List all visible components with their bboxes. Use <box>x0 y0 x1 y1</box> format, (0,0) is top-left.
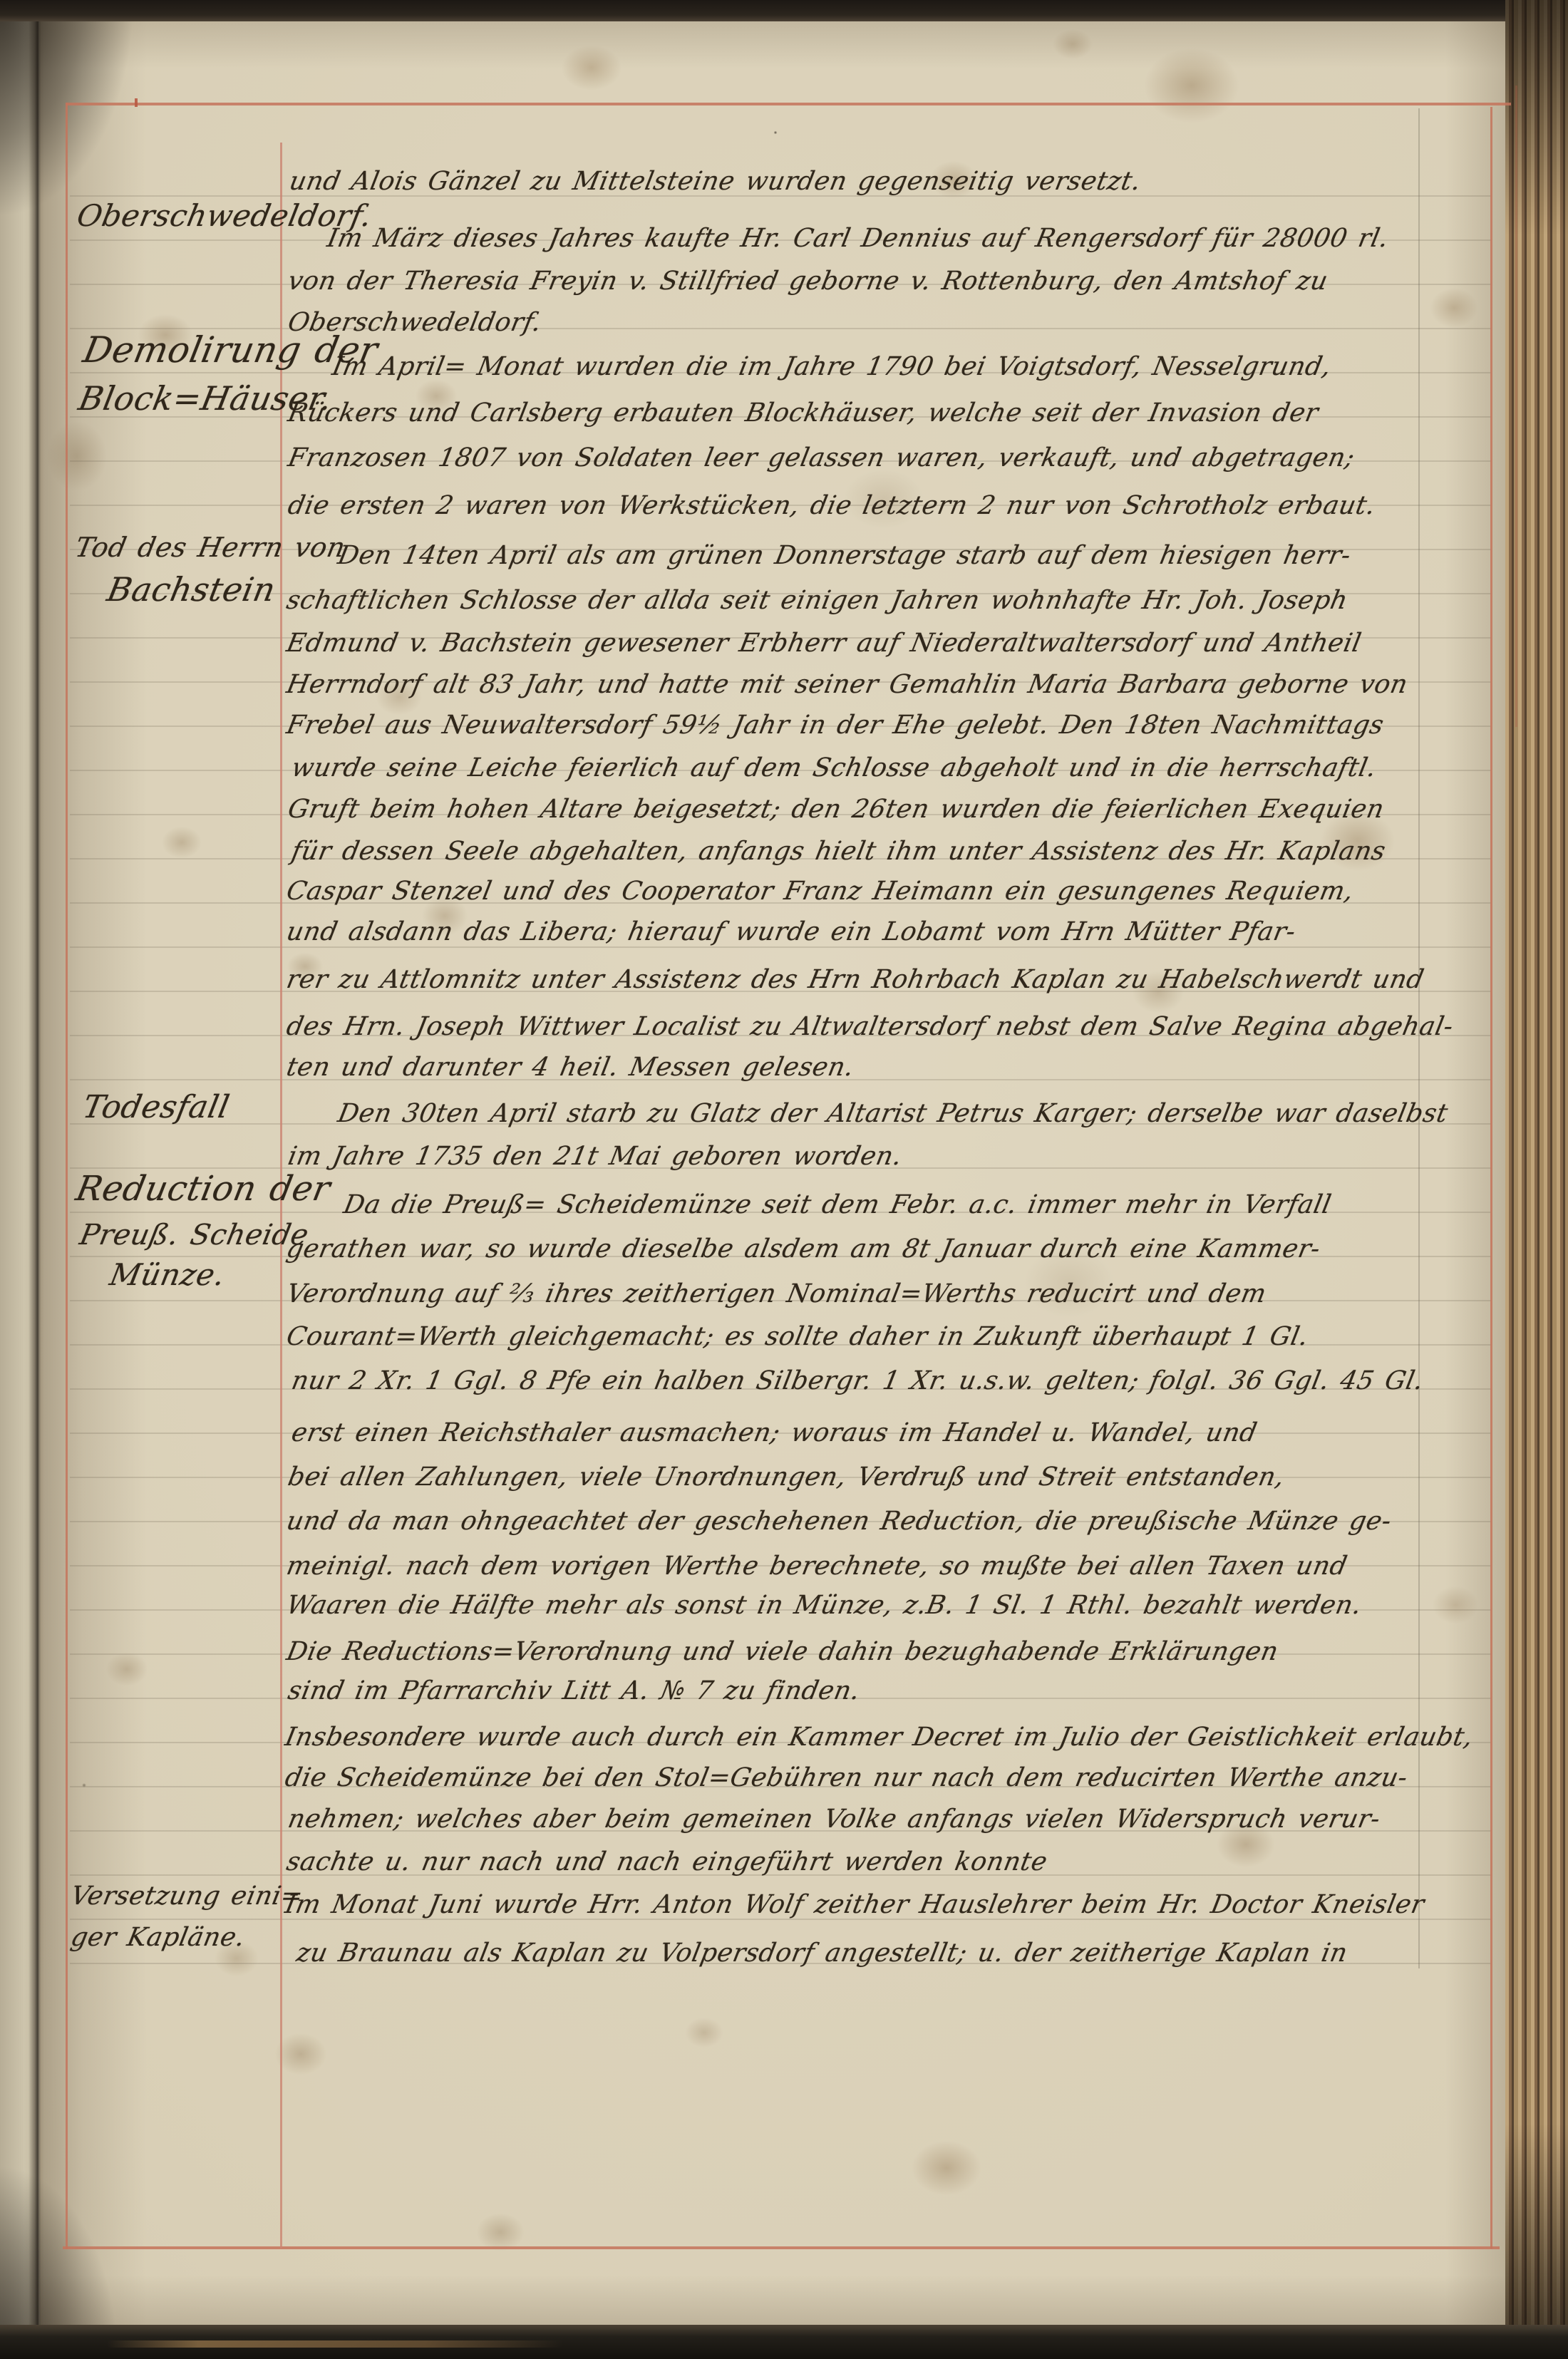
manuscript-line: Rückers und Carlsberg erbauten Blockhäus… <box>285 397 1321 430</box>
manuscript-line: und da man ohngeachtet der geschehenen R… <box>284 1505 1394 1538</box>
manuscript-line: Insbesondere wurde auch durch ein Kammer… <box>282 1721 1476 1754</box>
manuscript-line: schaftlichen Schlosse der allda seit ein… <box>284 584 1351 617</box>
margin-note: Versetzung eini= <box>68 1881 306 1911</box>
margin-note: Tod des Herrn von <box>73 532 348 563</box>
margin-note: Münze. <box>107 1257 228 1292</box>
manuscript-line: Caspar Stenzel und des Cooperator Franz … <box>284 875 1356 908</box>
margin-note: Reduction der <box>73 1169 334 1209</box>
manuscript-line: Gruft beim hohen Altare beigesetzt; den … <box>285 793 1387 826</box>
manuscript-line: des Hrn. Joseph Wittwer Localist zu Altw… <box>284 1011 1456 1043</box>
manuscript-line: Die Reductions=Verordnung und viele dahi… <box>284 1636 1281 1668</box>
manuscript-line: nehmen; welches aber beim gemeinen Volke… <box>285 1803 1383 1836</box>
manuscript-line: bei allen Zahlungen, viele Unordnungen, … <box>285 1461 1287 1494</box>
manuscript-line: von der Theresia Freyin v. Stillfried ge… <box>285 265 1331 298</box>
manuscript-line: Franzosen 1807 von Soldaten leer gelasse… <box>285 442 1358 475</box>
margin-note: Todesfall <box>80 1089 232 1125</box>
manuscript-line: für dessen Seele abgehalten, anfangs hie… <box>289 835 1388 868</box>
manuscript-line: Edmund v. Bachstein gewesener Erbherr au… <box>284 627 1364 660</box>
manuscript-line: und Alois Gänzel zu Mittelsteine wurden … <box>287 165 1144 198</box>
manuscript-line: gerathen war, so wurde dieselbe alsdem a… <box>284 1233 1323 1266</box>
red-ink-tick <box>135 98 138 107</box>
margin-note: Bachstein <box>104 570 279 609</box>
manuscript-line: Waaren die Hälfte mehr als sonst in Münz… <box>284 1589 1364 1622</box>
frame-line-right <box>1490 107 1492 2249</box>
manuscript-line: ten und darunter 4 heil. Messen gelesen. <box>284 1051 857 1084</box>
manuscript-line: Da die Preuß= Scheidemünze seit dem Febr… <box>341 1189 1334 1222</box>
margin-note: Preuß. Scheide <box>77 1219 311 1251</box>
margin-note: ger Kapläne. <box>68 1923 247 1952</box>
manuscript-line: erst einen Reichsthaler ausmachen; worau… <box>289 1417 1260 1450</box>
manuscript-line: Den 14ten April als am grünen Donnerstag… <box>335 540 1353 572</box>
manuscript-line: Verordnung auf ⅔ ihres zeitherigen Nomin… <box>284 1278 1269 1311</box>
manuscript-line: Den 30ten April starb zu Glatz der Altar… <box>335 1098 1450 1130</box>
manuscript-line: die ersten 2 waren von Werkstücken, die … <box>285 490 1378 522</box>
manuscript-line: Im März dieses Jahres kaufte Hr. Carl De… <box>324 222 1391 255</box>
frame-line-left <box>66 103 68 2249</box>
manuscript-page: Oberschwedeldorf.Demolirung derBlock=Häu… <box>0 0 1568 2359</box>
manuscript-line: wurde seine Leiche feierlich auf dem Sch… <box>289 752 1379 785</box>
manuscript-line: sind im Pfarrarchiv Litt A. № 7 zu finde… <box>285 1675 863 1708</box>
manuscript-line: die Scheidemünze bei den Stol=Gebühren n… <box>282 1762 1410 1795</box>
manuscript-line: nur 2 Xr. 1 Ggl. 8 Pfe ein halben Silber… <box>289 1365 1426 1398</box>
book-edge-bottom-streak <box>107 2340 563 2348</box>
manuscript-line: Courant=Werth gleichgemacht; es sollte d… <box>284 1321 1311 1353</box>
manuscript-line: meinigl. nach dem vorigen Werthe berechn… <box>284 1550 1350 1583</box>
frame-line-bottom <box>63 2246 1500 2249</box>
manuscript-line: sachte u. nur nach und nach eingeführt w… <box>284 1846 1050 1879</box>
manuscript-line: Herrndorf alt 83 Jahr, und hatte mit sei… <box>284 669 1410 701</box>
manuscript-line: Im Monat Juni wurde Hrr. Anton Wolf zeit… <box>282 1889 1427 1921</box>
manuscript-line: und alsdann das Libera; hierauf wurde ei… <box>284 916 1299 949</box>
manuscript-line: Im April= Monat wurden die im Jahre 1790… <box>329 351 1334 383</box>
manuscript-line: rer zu Attlomnitz unter Assistenz des Hr… <box>284 964 1427 996</box>
manuscript-line: Oberschwedeldorf. <box>285 306 545 339</box>
frame-line-top <box>66 103 1511 105</box>
manuscript-line: zu Braunau als Kaplan zu Volpersdorf ang… <box>294 1937 1351 1970</box>
manuscript-line: Frebel aus Neuwaltersdorf 59½ Jahr in de… <box>284 709 1386 742</box>
manuscript-line: im Jahre 1735 den 21t Mai geboren worden… <box>285 1140 905 1173</box>
